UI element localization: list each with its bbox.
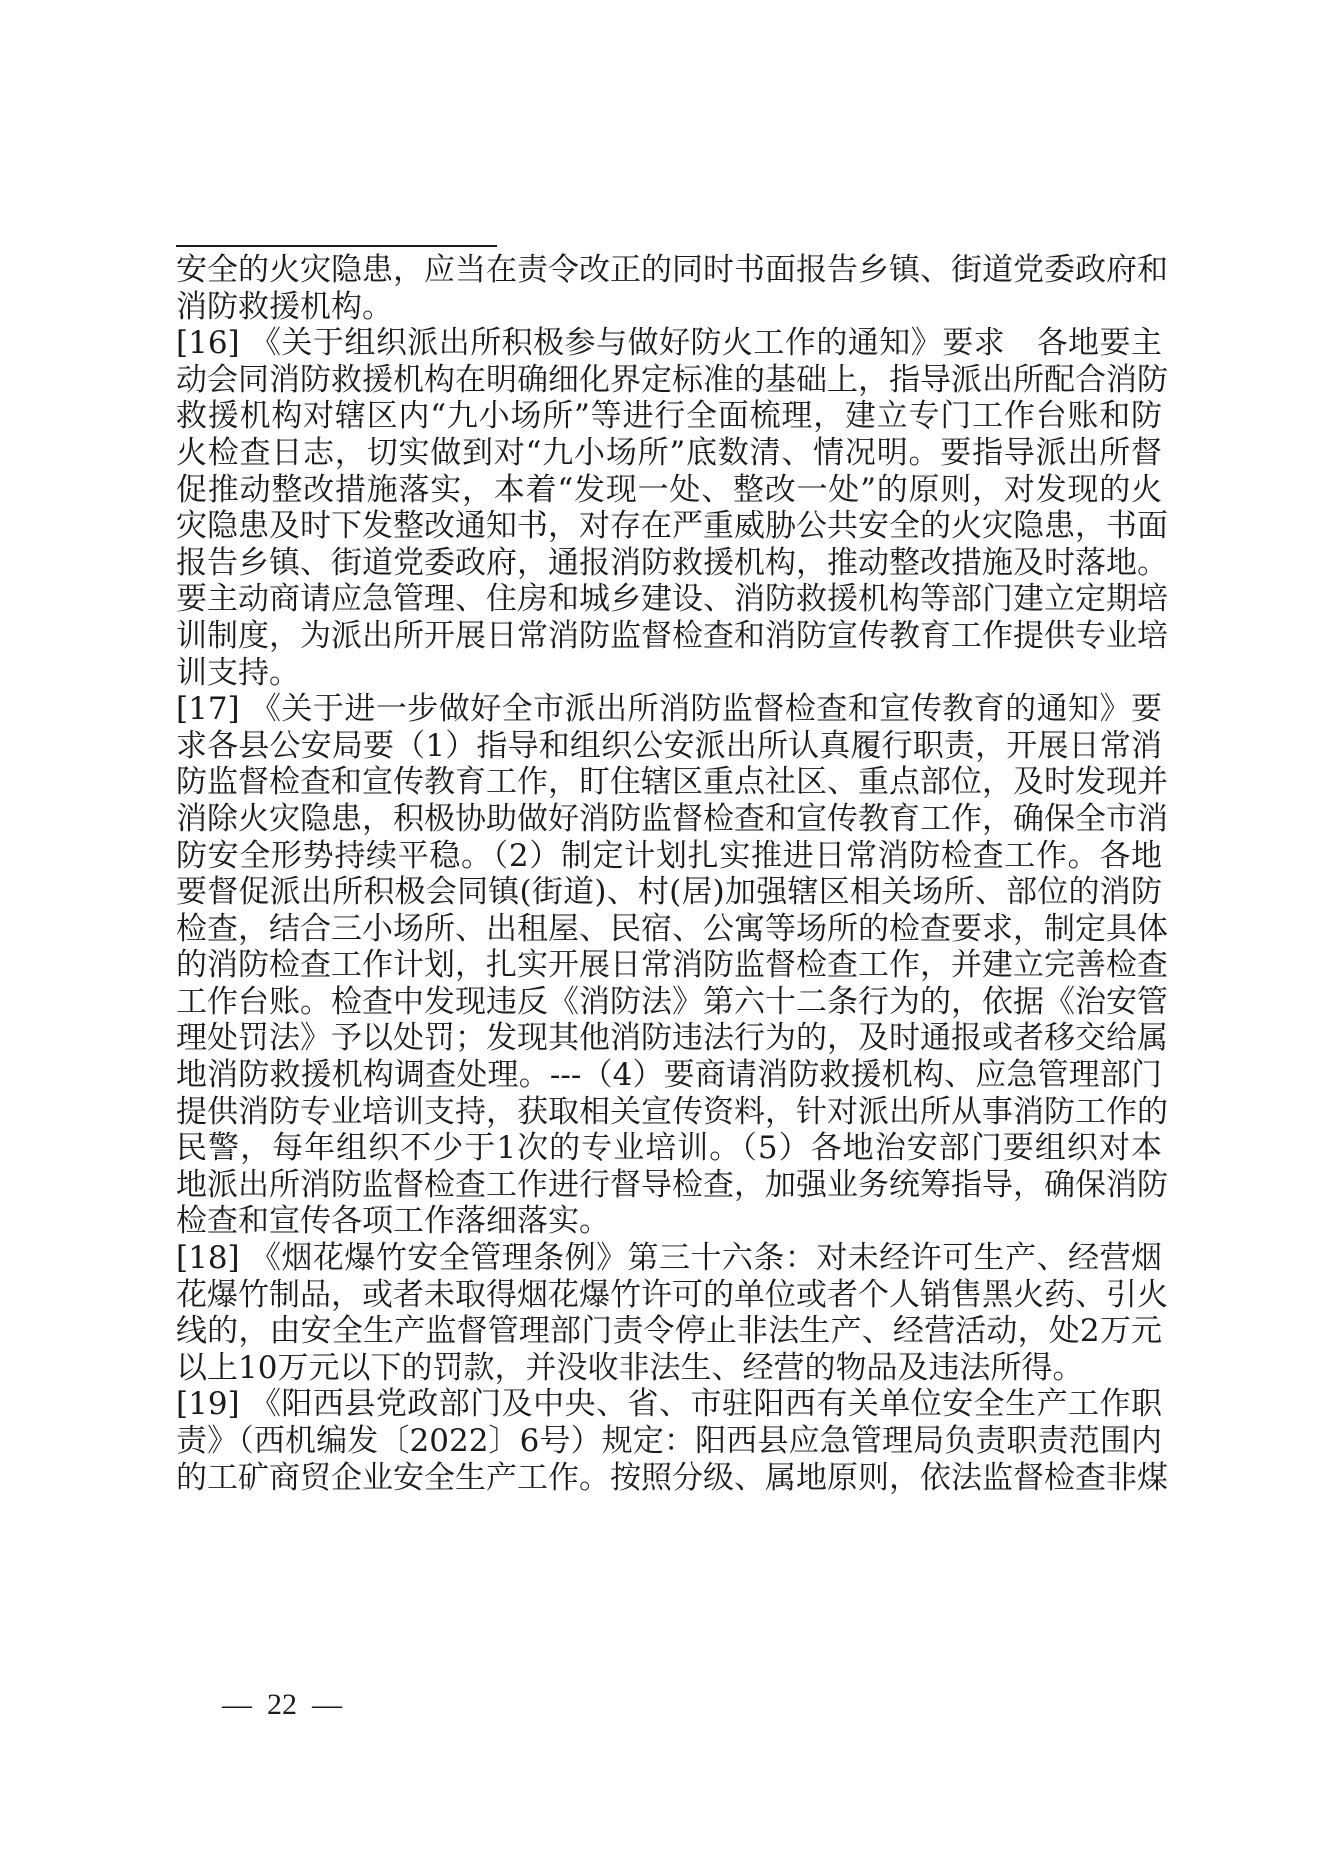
footnote-line: 消防救援机构。: [176, 289, 1162, 326]
footnote-line: [18] 《烟花爆竹安全管理条例》第三十六条：对未经许可生产、经营烟: [176, 1240, 1162, 1277]
footnote-18: [18] 《烟花爆竹安全管理条例》第三十六条：对未经许可生产、经营烟 花爆竹制品…: [176, 1240, 1162, 1386]
footnote-line: 要督促派出所积极会同镇(街道)、村(居)加强辖区相关场所、部位的消防: [176, 874, 1162, 911]
footnote-line: 灾隐患及时下发整改通知书，对存在严重威胁公共安全的火灾隐患，书面: [176, 508, 1162, 545]
footnote-line: 安全的火灾隐患，应当在责令改正的同时书面报告乡镇、街道党委政府和: [176, 252, 1162, 289]
footnote-line: 以上10万元以下的罚款，并没收非法生、经营的物品及违法所得。: [176, 1350, 1162, 1387]
footnote-line: 训制度，为派出所开展日常消防监督检查和消防宣传教育工作提供专业培: [176, 618, 1162, 655]
footnote-line: 报告乡镇、街道党委政府，通报消防救援机构，推动整改措施及时落地。: [176, 545, 1162, 582]
footnote-17: [17] 《关于进一步做好全市派出所消防监督检查和宣传教育的通知》要 求各县公安…: [176, 691, 1162, 1240]
page-number: — 22 —: [222, 1688, 342, 1722]
footnote-line: 动会同消防救援机构在明确细化界定标准的基础上，指导派出所配合消防: [176, 362, 1162, 399]
footnote-line: 求各县公安局要（1）指导和组织公安派出所认真履行职责，开展日常消: [176, 728, 1162, 765]
footnote-line: 检查，结合三小场所、出租屋、民宿、公寓等场所的检查要求，制定具体: [176, 911, 1162, 948]
footnote-line: 责》（西机编发〔2022〕6号）规定：阳西县应急管理局负责职责范围内: [176, 1423, 1162, 1460]
footnote-16: [16] 《关于组织派出所积极参与做好防火工作的通知》要求 各地要主 动会同消防…: [176, 325, 1162, 691]
footnote-line: 工作台账。检查中发现违反《消防法》第六十二条行为的，依据《治安管: [176, 984, 1162, 1021]
footnote-line: [19] 《阳西县党政部门及中央、省、市驻阳西有关单位安全生产工作职: [176, 1386, 1162, 1423]
footnotes-section: 安全的火灾隐患，应当在责令改正的同时书面报告乡镇、街道党委政府和 消防救援机构。…: [176, 252, 1162, 1496]
footnote-line: 训支持。: [176, 655, 1162, 692]
footnote-line: 线的，由安全生产监督管理部门责令停止非法生产、经营活动，处2万元: [176, 1313, 1162, 1350]
footnote-line: 理处罚法》予以处罚；发现其他消防违法行为的，及时通报或者移交给属: [176, 1020, 1162, 1057]
footnote-line: 防安全形势持续平稳。（2）制定计划扎实推进日常消防检查工作。各地: [176, 838, 1162, 875]
footnote-separator-rule: [176, 245, 497, 247]
footnote-line: 地消防救援机构调查处理。---（4）要商请消防救援机构、应急管理部门: [176, 1057, 1162, 1094]
footnote-line: 检查和宣传各项工作落细落实。: [176, 1203, 1162, 1240]
footnote-line: 要主动商请应急管理、住房和城乡建设、消防救援机构等部门建立定期培: [176, 581, 1162, 618]
footnote-line: 火检查日志，切实做到对“九小场所”底数清、情况明。要指导派出所督: [176, 435, 1162, 472]
footnote-19: [19] 《阳西县党政部门及中央、省、市驻阳西有关单位安全生产工作职 责》（西机…: [176, 1386, 1162, 1496]
footnote-line: [16] 《关于组织派出所积极参与做好防火工作的通知》要求 各地要主: [176, 325, 1162, 362]
footnote-line: 提供消防专业培训支持，获取相关宣传资料，针对派出所从事消防工作的: [176, 1094, 1162, 1131]
footnote-line: 地派出所消防监督检查工作进行督导检查，加强业务统筹指导，确保消防: [176, 1167, 1162, 1204]
footnote-line: 民警，每年组织不少于1次的专业培训。（5）各地治安部门要组织对本: [176, 1130, 1162, 1167]
footnote-line: 的消防检查工作计划，扎实开展日常消防监督检查工作，并建立完善检查: [176, 947, 1162, 984]
footnote-line: 救援机构对辖区内“九小场所”等进行全面梳理，建立专门工作台账和防: [176, 398, 1162, 435]
footnote-line: [17] 《关于进一步做好全市派出所消防监督检查和宣传教育的通知》要: [176, 691, 1162, 728]
footnote-line: 消除火灾隐患，积极协助做好消防监督检查和宣传教育工作，确保全市消: [176, 801, 1162, 838]
footnote-line: 花爆竹制品，或者未取得烟花爆竹许可的单位或者个人销售黑火药、引火: [176, 1277, 1162, 1314]
footnote-line: 防监督检查和宣传教育工作，盯住辖区重点社区、重点部位，及时发现并: [176, 764, 1162, 801]
footnote-15-continued: 安全的火灾隐患，应当在责令改正的同时书面报告乡镇、街道党委政府和 消防救援机构。: [176, 252, 1162, 325]
footnote-line: 促推动整改措施落实，本着“发现一处、整改一处”的原则，对发现的火: [176, 472, 1162, 509]
footnote-line: 的工矿商贸企业安全生产工作。按照分级、属地原则，依法监督检查非煤: [176, 1460, 1162, 1497]
